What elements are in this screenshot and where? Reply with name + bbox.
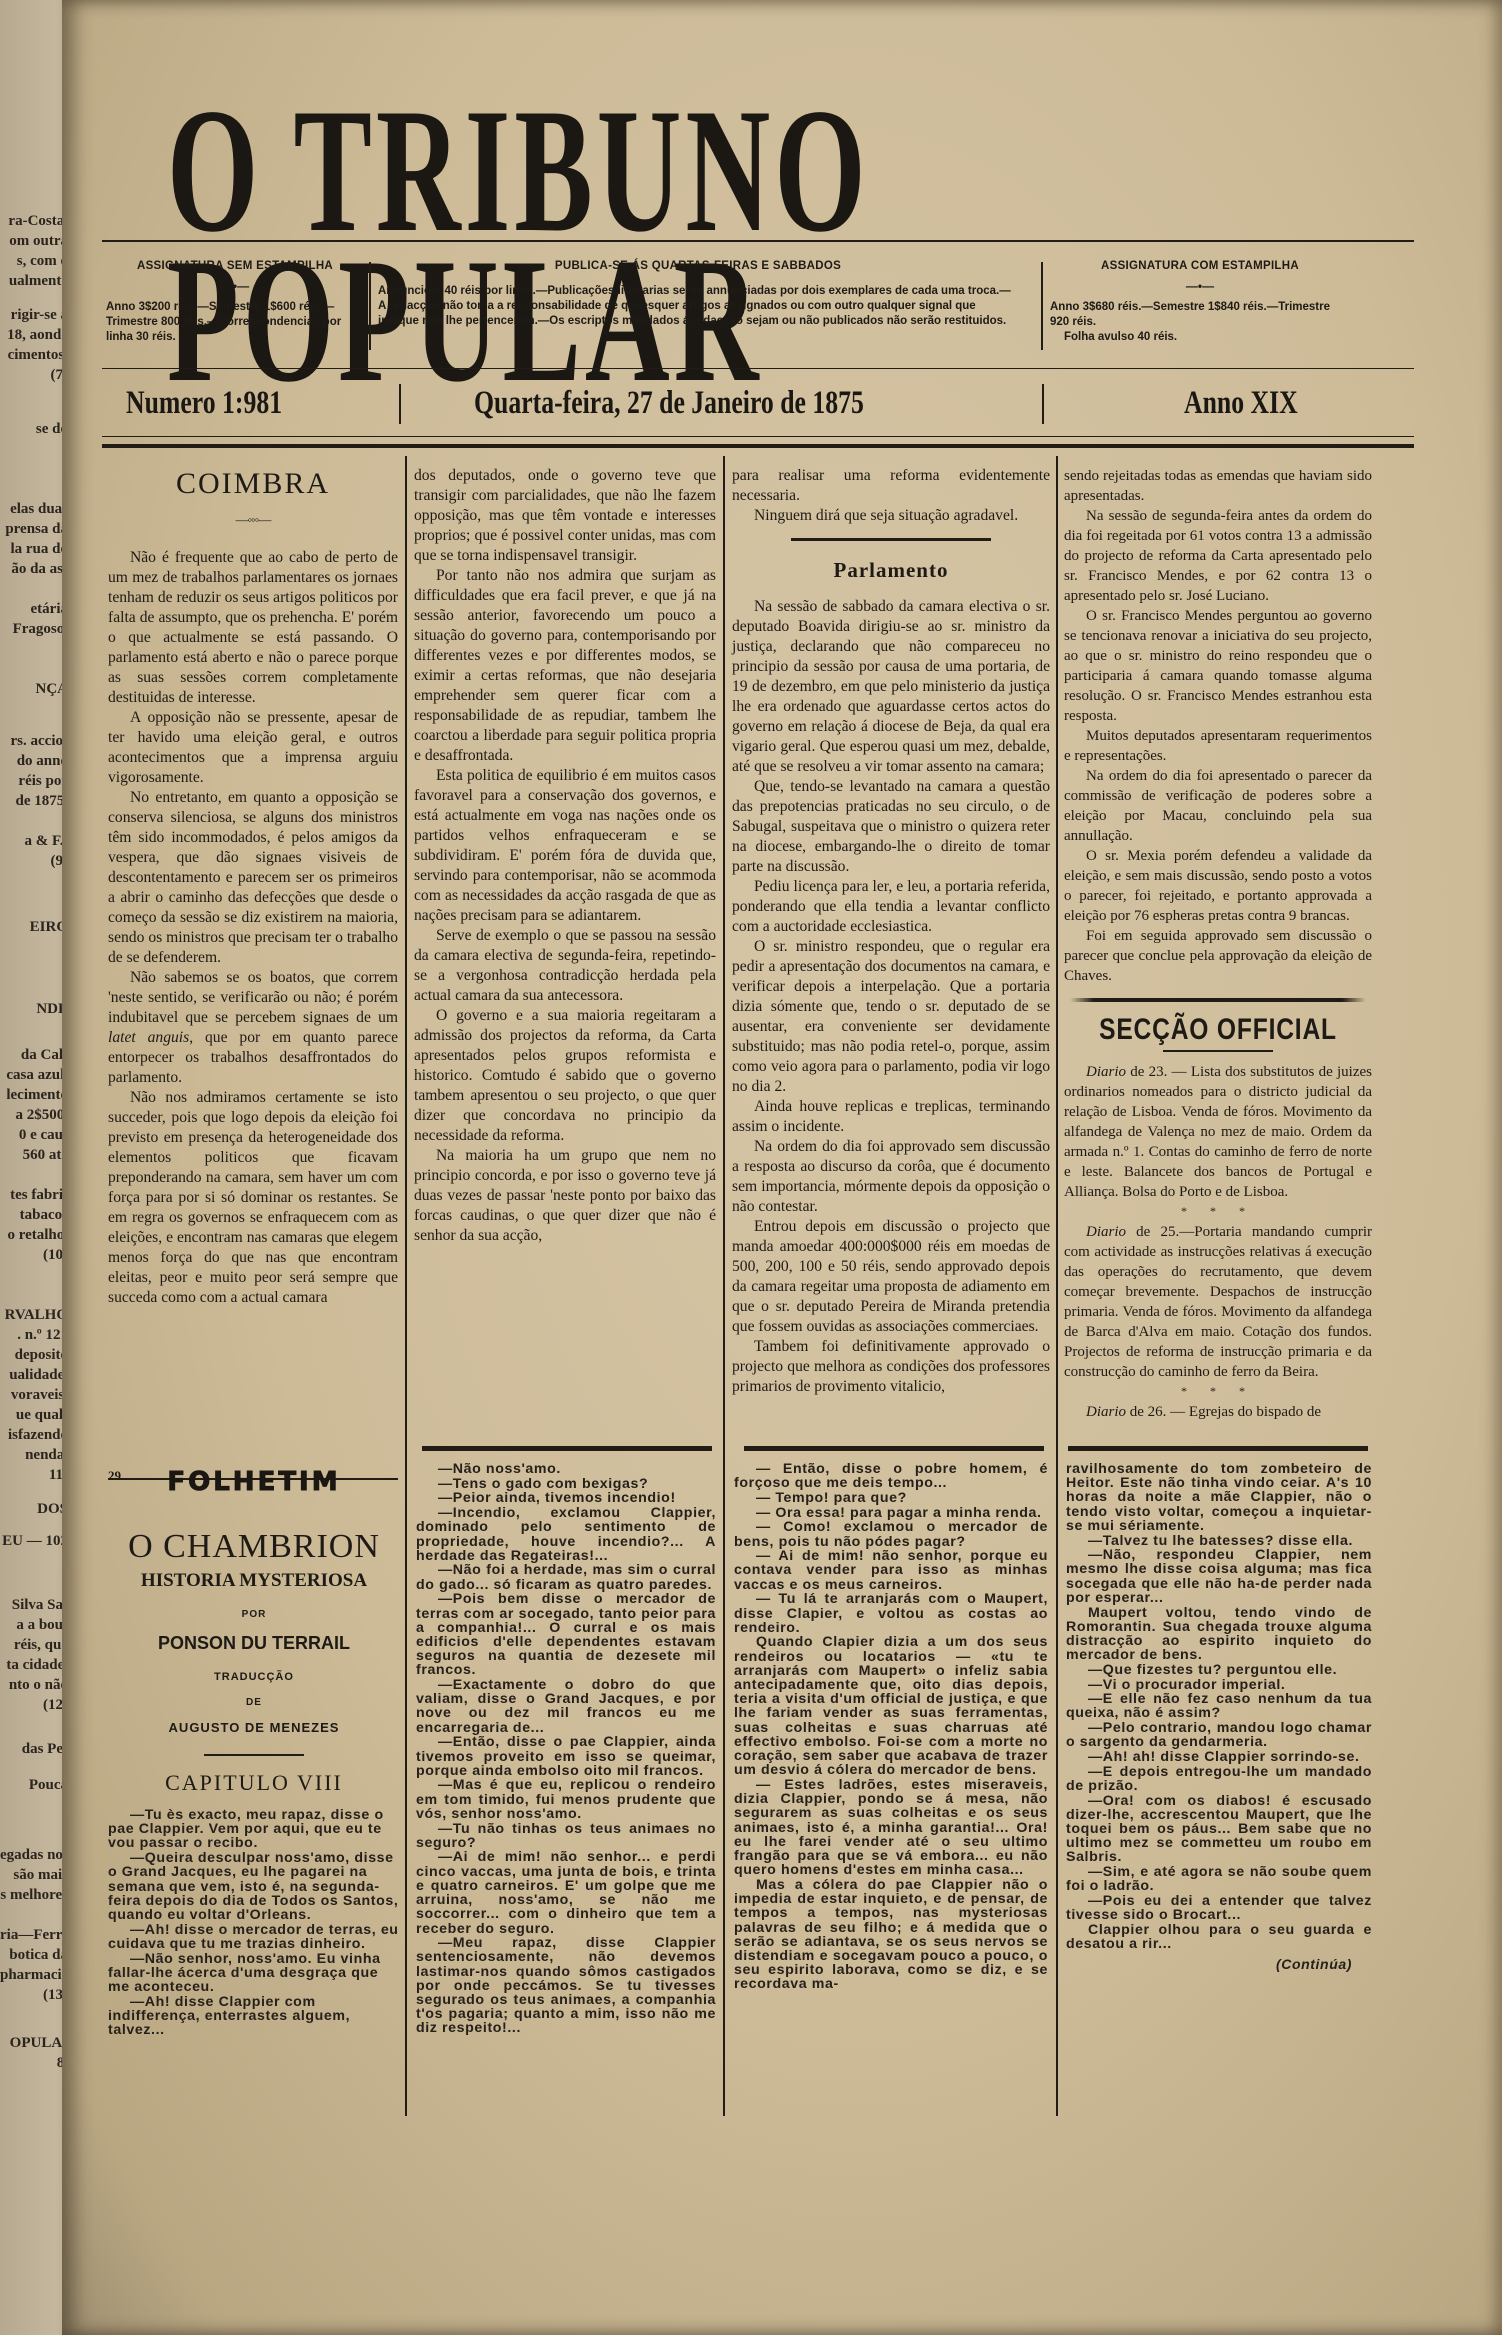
- subscription-without-stamp-prices: Anno 3$200 réis.—Semestre 1$600 réis.—Tr…: [106, 300, 364, 345]
- ornament-icon: —◦◦◦—: [108, 510, 398, 530]
- previous-page-fragment: réis por: [0, 772, 68, 791]
- dialogue-line: — Então, disse o pobre homem, é forçoso …: [734, 1462, 1048, 1490]
- dialogue-line: —Queira desculpar noss'amo, disse o Gran…: [108, 1851, 400, 1922]
- previous-page-fragment: (12): [0, 1696, 68, 1715]
- subscription-without-stamp: ASSIGNATURA SEM ESTAMPILHA —•— Anno 3$20…: [106, 258, 364, 345]
- advertising-terms: Annuncios: 40 réis por linha.—Publicaçõe…: [378, 284, 1018, 329]
- paragraph: Esta politica de equilibrio é em muitos …: [414, 766, 716, 926]
- article-heading: COIMBRA: [108, 466, 398, 502]
- novel-author: PONSON DU TERRAIL: [108, 1628, 400, 1658]
- previous-page-fragment: de 1875.: [0, 792, 68, 811]
- dialogue-line: —Não, respondeu Clappier, nem mesmo lhe …: [1066, 1548, 1372, 1605]
- dialogue-line: —Incendio, exclamou Clappier, dominado p…: [416, 1506, 716, 1563]
- dialogue-line: —Meu rapaz, disse Clappier sentenciosame…: [416, 1936, 716, 2035]
- dialogue-line: —Ah! disse Clappier com indifferença, en…: [108, 1995, 400, 2038]
- article-parlamento-continued: sendo rejeitadas todas as emendas que ha…: [1064, 466, 1372, 1422]
- previous-page-fragment: . n.º 121: [0, 1326, 68, 1345]
- novel-title: O CHAMBRION: [108, 1526, 400, 1568]
- previous-page-fragment: ra-Costa,: [0, 212, 68, 231]
- column-divider: [1042, 384, 1044, 424]
- dialogue-line: —Vi o procurador imperial.: [1066, 1678, 1372, 1692]
- folhetim-rule: [1068, 1446, 1368, 1451]
- dialogue-line: —Tu não tinhas os teus animaes no seguro…: [416, 1822, 716, 1850]
- dialogue-line: —Tens o gado com bexigas?: [416, 1477, 716, 1491]
- folhetim-label: FOLHETIM: [108, 1464, 400, 1500]
- previous-page-fragment: om outra: [0, 232, 68, 251]
- article-parlamento: para realisar uma reforma evidentemente …: [732, 466, 1050, 1397]
- previous-page-fragment: a 2$500,: [0, 1106, 68, 1125]
- newspaper-page: O TRIBUNO POPULAR ASSIGNATURA SEM ESTAMP…: [62, 0, 1502, 2335]
- paragraph: Tambem foi definitivamente approvado o p…: [732, 1337, 1050, 1397]
- dialogue-line: —Pois eu dei a entender que talvez tives…: [1066, 1894, 1372, 1922]
- previous-page-fragment: cimentos.: [0, 346, 68, 365]
- dateline-rule: [102, 436, 1414, 437]
- previous-page-fragment: RVALHO: [0, 1306, 68, 1325]
- previous-page-fragment: 11): [0, 1466, 68, 1485]
- paragraph: Não sabemos se os boatos, que correm 'ne…: [108, 968, 398, 1088]
- previous-page-fragment: o retalho.: [0, 1226, 68, 1245]
- section-divider: [791, 538, 991, 541]
- previous-page-fragment: Silva Sa-: [0, 1596, 68, 1615]
- previous-page-fragment: réis, que: [0, 1636, 68, 1655]
- article-coimbra: COIMBRA —◦◦◦— Não é frequente que ao cab…: [108, 466, 398, 1308]
- dialogue-line: Maupert voltou, tendo vindo de Romoranti…: [1066, 1606, 1372, 1663]
- previous-page-fragment: isfazendo: [0, 1426, 68, 1445]
- article-coimbra-continued: dos deputados, onde o governo teve que t…: [414, 466, 716, 1246]
- dialogue-line: —Sim, e até agora se não soube quem foi …: [1066, 1865, 1372, 1893]
- folhetim-text: —Não noss'amo. —Tens o gado com bexigas?…: [416, 1462, 716, 2036]
- paragraph: Foi em seguida approvado sem discussão o…: [1064, 926, 1372, 986]
- latin-phrase: latet anguis: [108, 1029, 189, 1046]
- previous-page-fragment: (13): [0, 1986, 68, 2005]
- paragraph: Por tanto não nos admira que surjam as d…: [414, 566, 716, 766]
- dialogue-line: Clappier olhou para o seu guarda e desat…: [1066, 1923, 1372, 1951]
- previous-page-fragment: tabacos: [0, 1206, 68, 1225]
- paragraph: O governo e a sua maioria regeitaram a a…: [414, 1006, 716, 1146]
- dateline-rule-thick: [102, 444, 1414, 448]
- previous-page-fragment: EU — 102: [0, 1532, 68, 1551]
- dialogue-line: —Ai de mim! não senhor... e perdi cinco …: [416, 1850, 716, 1935]
- paragraph: sendo rejeitadas todas as emendas que ha…: [1064, 466, 1372, 506]
- previous-page-fragment: deposito: [0, 1346, 68, 1365]
- previous-page-fragment: 0 e cau-: [0, 1126, 68, 1145]
- header-rule: [102, 368, 1414, 369]
- dialogue-line: —E elle não fez caso nenhum da tua queix…: [1066, 1692, 1372, 1720]
- previous-page-fragment: ualidade,: [0, 1366, 68, 1385]
- dialogue-line: Quando Clapier dizia a um dos seus rende…: [734, 1635, 1048, 1777]
- previous-page-fragment: das Pe-: [0, 1740, 68, 1759]
- dialogue-line: Mas a cólera do pae Clappier não o imped…: [734, 1878, 1048, 1992]
- paragraph: Serve de exemplo o que se passou na sess…: [414, 926, 716, 1006]
- issue-date: Quarta-feira, 27 de Janeiro de 1875: [474, 380, 864, 426]
- previous-page-fragment: ria—Ferraz: [0, 1926, 68, 1945]
- previous-page-fragment: nenda.: [0, 1446, 68, 1465]
- translation-label: TRADUCÇÃO: [108, 1664, 400, 1690]
- paragraph: O sr. Francisco Mendes perguntou ao gove…: [1064, 606, 1372, 726]
- column-divider: [399, 384, 401, 424]
- dialogue-line: —Não noss'amo.: [416, 1462, 716, 1476]
- previous-page-fragment: a & F.ª: [0, 832, 68, 851]
- previous-page-fragment: prensa da: [0, 520, 68, 539]
- byline-por: POR: [108, 1602, 400, 1628]
- subscription-without-stamp-title: ASSIGNATURA SEM ESTAMPILHA: [106, 258, 364, 274]
- section-divider: [1070, 998, 1366, 1002]
- column-divider: [1056, 456, 1058, 2116]
- dialogue-line: —Peior ainda, tivemos incendio!: [416, 1491, 716, 1505]
- dialogue-line: —Pelo contrario, mandou logo chamar o sa…: [1066, 1721, 1372, 1749]
- previous-page-fragment: voraveis,: [0, 1386, 68, 1405]
- paragraph: Na maioria ha um grupo que nem no princi…: [414, 1146, 716, 1246]
- paragraph: Que, tendo-se levantado na camara a ques…: [732, 777, 1050, 877]
- article-heading: Parlamento: [732, 555, 1050, 585]
- paragraph: Na ordem do dia foi apresentado o parece…: [1064, 766, 1372, 846]
- folhetim-header: 29 FOLHETIM O CHAMBRION HISTORIA MYSTERI…: [108, 1464, 400, 2038]
- previous-page-fragment: DOS: [0, 1500, 68, 1519]
- dialogue-line: — Tu lá te arranjarás com o Maupert, dis…: [734, 1592, 1048, 1635]
- dialogue-line: ravilhosamente do tom zombeteiro de Heit…: [1066, 1462, 1372, 1533]
- previous-page-fragment: do anno: [0, 752, 68, 771]
- dialogue-line: — Tempo! para que?: [734, 1491, 1048, 1505]
- paragraph: Na sessão de sabbado da camara electiva …: [732, 597, 1050, 777]
- column-divider: [405, 456, 407, 2116]
- previous-page-fragment: são mais: [0, 1866, 68, 1885]
- previous-page-fragment: ualmente: [0, 272, 68, 291]
- previous-page-fragment: a a bou-: [0, 1616, 68, 1635]
- official-entry: Diario de 25.—Portaria mandando cumprir …: [1064, 1222, 1372, 1382]
- dialogue-line: —Tu ès exacto, meu rapaz, disse o pae Cl…: [108, 1808, 400, 1851]
- previous-page-fragment: ue qual-: [0, 1406, 68, 1425]
- previous-page-fragment: botica da: [0, 1946, 68, 1965]
- section-heading-official: SECÇÃO OFFICIAL: [1092, 1010, 1345, 1050]
- column-divider: [1041, 262, 1043, 350]
- folhetim-text: — Então, disse o pobre homem, é forçoso …: [734, 1462, 1048, 1992]
- folhetim-text: —Tu ès exacto, meu rapaz, disse o pae Cl…: [108, 1808, 400, 2037]
- subscription-with-stamp-prices: Anno 3$680 réis.—Semestre 1$840 réis.—Tr…: [1050, 300, 1350, 330]
- paragraph: O sr. ministro respondeu, que o regular …: [732, 937, 1050, 1097]
- previous-page-fragment: casa azul,: [0, 1066, 68, 1085]
- dialogue-line: — Ai de mim! não senhor, porque eu conta…: [734, 1549, 1048, 1592]
- previous-page-fragment: la rua do: [0, 540, 68, 559]
- previous-page-fragment: Fragoso.: [0, 620, 68, 639]
- paragraph: Entrou depois em discussão o projecto qu…: [732, 1217, 1050, 1337]
- dialogue-line: —Não foi a herdade, mas sim o curral do …: [416, 1563, 716, 1591]
- paragraph: Pediu licença para ler, e leu, a portari…: [732, 877, 1050, 937]
- dialogue-line: —Mas é que eu, replicou o rendeiro em to…: [416, 1778, 716, 1821]
- column-divider: [723, 456, 725, 2116]
- single-issue-price: Folha avulso 40 réis.: [1050, 330, 1350, 345]
- translator-name: AUGUSTO DE MENEZES: [108, 1716, 400, 1740]
- previous-page-fragment: 8.: [0, 2054, 68, 2073]
- previous-page-fragment: pharmacias: [0, 1966, 68, 1985]
- previous-page-fragment: etária: [0, 600, 68, 619]
- previous-page-fragment: ta cidade,: [0, 1656, 68, 1675]
- folhetim-text: ravilhosamente do tom zombeteiro de Heit…: [1066, 1462, 1372, 1972]
- paragraph: dos deputados, onde o governo teve que t…: [414, 466, 716, 566]
- previous-page-fragment: s melhores: [0, 1886, 68, 1905]
- dialogue-line: —E depois entregou-lhe um mandado de pri…: [1066, 1765, 1372, 1793]
- asterism-icon: * * *: [1064, 1204, 1372, 1218]
- byline-de: DE: [108, 1690, 400, 1716]
- subscription-with-stamp: ASSIGNATURA COM ESTAMPILHA —•— Anno 3$68…: [1050, 258, 1350, 345]
- asterism-icon: * * *: [1064, 1384, 1372, 1398]
- subscription-with-stamp-title: ASSIGNATURA COM ESTAMPILHA: [1050, 258, 1350, 274]
- dialogue-line: —Ah! disse o mercador de terras, eu cuid…: [108, 1923, 400, 1951]
- previous-page-fragment: elas duas: [0, 500, 68, 519]
- dialogue-line: —Então, disse o pae Clappier, ainda tive…: [416, 1735, 716, 1778]
- official-entry: Diario de 26. — Egrejas do bispado de: [1064, 1402, 1372, 1422]
- dialogue-line: — Como! exclamou o mercador de bens, poi…: [734, 1520, 1048, 1548]
- previous-page-fragment: 18, aonde: [0, 326, 68, 345]
- chapter-divider: [204, 1754, 304, 1756]
- issue-year: Anno XIX: [1184, 380, 1298, 426]
- previous-page-fragment: lecimento: [0, 1086, 68, 1105]
- folhetim-rule: [422, 1446, 712, 1451]
- previous-page-fragment: rigir-se á: [0, 306, 68, 325]
- previous-page-fragment: tes fabri-: [0, 1186, 68, 1205]
- previous-page-fragment: da Cal-: [0, 1046, 68, 1065]
- previous-page-fragment: rs. accio-: [0, 732, 68, 751]
- issue-number: Numero 1:981: [126, 380, 282, 426]
- dialogue-line: — Ora essa! para pagar a minha renda.: [734, 1506, 1048, 1520]
- previous-page-fragment: (10): [0, 1246, 68, 1265]
- dialogue-line: —Não senhor, noss'amo. Eu vinha fallar-l…: [108, 1952, 400, 1995]
- official-entry: Diario de 23. — Lista dos substitutos de…: [1064, 1062, 1372, 1202]
- novel-subtitle: HISTORIA MYSTERIOSA: [108, 1568, 400, 1594]
- paragraph: Na ordem do dia foi approvado sem discus…: [732, 1137, 1050, 1217]
- previous-page-fragment: s, com o: [0, 252, 68, 271]
- paragraph: O sr. Mexia porém defendeu a validade da…: [1064, 846, 1372, 926]
- chapter-heading: CAPITULO VIII: [108, 1766, 400, 1800]
- dialogue-line: —Ah! ah! disse Clappier sorrindo-se.: [1066, 1750, 1372, 1764]
- previous-page-fragment: NÇA: [0, 680, 68, 699]
- dialogue-line: —Exactamente o dobro do que valiam, diss…: [416, 1678, 716, 1735]
- paragraph: Na sessão de segunda-feira antes da orde…: [1064, 506, 1372, 606]
- publication-info: PUBLICA-SE ÁS QUARTAS-FEIRAS E SABBADOS …: [378, 258, 1018, 329]
- masthead-title: O TRIBUNO POPULAR: [167, 95, 1355, 245]
- paragraph: Ainda houve replicas e treplicas, termin…: [732, 1097, 1050, 1137]
- dialogue-line: — Estes ladrões, estes miseraveis, dizia…: [734, 1778, 1048, 1877]
- section-underline: [1163, 1050, 1273, 1052]
- dialogue-line: —Que fizestes tu? perguntou elle.: [1066, 1663, 1372, 1677]
- paragraph: Não é frequente que ao cabo de perto de …: [108, 548, 398, 708]
- ornament-icon: —•—: [106, 278, 364, 294]
- previous-page-fragment: egadas nos: [0, 1846, 68, 1865]
- previous-page-fragment: Pouca: [0, 1776, 68, 1795]
- paragraph: No entretanto, em quanto a opposição se …: [108, 788, 398, 968]
- paragraph: para realisar uma reforma evidentemente …: [732, 466, 1050, 506]
- column-divider: [369, 262, 371, 350]
- publication-schedule: PUBLICA-SE ÁS QUARTAS-FEIRAS E SABBADOS: [378, 258, 1018, 274]
- paragraph: Muitos deputados apresentaram requerimen…: [1064, 726, 1372, 766]
- ornament-icon: —•—: [1050, 278, 1350, 294]
- previous-page-fragment: OPULAI: [0, 2034, 68, 2053]
- dialogue-line: —Talvez tu lhe batesses? disse ella.: [1066, 1534, 1372, 1548]
- previous-page-fragment: se do: [0, 420, 68, 439]
- previous-page-fragment: nto o não: [0, 1676, 68, 1695]
- previous-page-fragment: ão da as-: [0, 560, 68, 579]
- dialogue-line: —Pois bem disse o mercador de terras com…: [416, 1592, 716, 1677]
- paragraph: Ninguem dirá que seja situação agradavel…: [732, 506, 1050, 526]
- paragraph: A opposição não se pressente, apesar de …: [108, 708, 398, 788]
- paragraph: Não nos admiramos certamente se isto suc…: [108, 1088, 398, 1308]
- page-number: 29: [108, 1468, 121, 1484]
- to-be-continued: (Continúa): [1066, 1957, 1372, 1971]
- masthead-rule: [102, 240, 1414, 242]
- previous-page-fragment: EIRO: [0, 918, 68, 937]
- previous-page-fragment: (7): [0, 366, 68, 385]
- dialogue-line: —Ora! com os diabos! é escusado dizer-lh…: [1066, 1794, 1372, 1865]
- previous-page-fragment: (9): [0, 852, 68, 871]
- folhetim-rule: [744, 1446, 1044, 1451]
- previous-page-fragment: 560 até: [0, 1146, 68, 1165]
- previous-page-fragment: NDE: [0, 1000, 68, 1019]
